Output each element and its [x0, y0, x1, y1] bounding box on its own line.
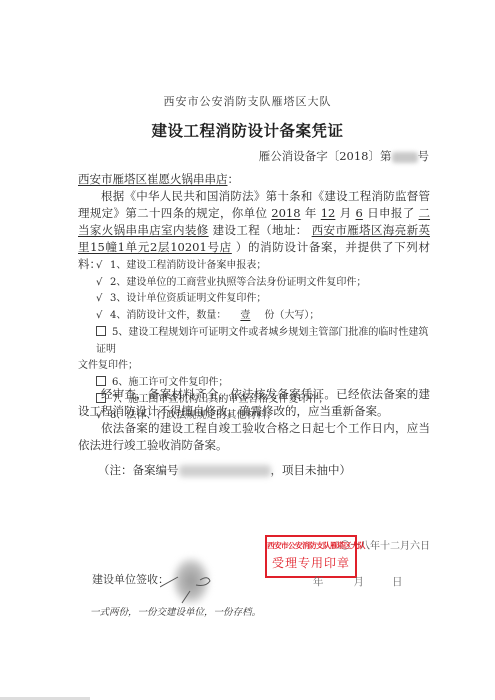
- material-text: 1、建设工程消防设计备案申报表；: [110, 260, 266, 271]
- note-suffix: ，项目未抽中）: [271, 463, 352, 477]
- seal-purpose: 受理专用印章: [267, 554, 355, 571]
- unchecked-box-icon: [96, 326, 106, 336]
- document-title: 建设工程消防设计备案凭证: [0, 119, 495, 141]
- unchecked-box-icon: [96, 376, 106, 386]
- recipient: 西安市雁塔区崔愿火锅串串店：: [78, 171, 239, 187]
- signature-label: 建设单位签收：: [92, 571, 169, 587]
- recipient-name: 西安市雁塔区崔愿火锅串串店: [78, 172, 228, 186]
- signature-stroke-icon: [160, 575, 220, 605]
- filing-day: 6: [352, 206, 367, 220]
- doc-number-prefix: 雁公消设备字〔2018〕第: [259, 149, 392, 163]
- filing-month: 12: [317, 206, 340, 220]
- check-icon: √: [96, 258, 110, 275]
- material-text: 3、设计单位资质证明文件复印件；: [110, 293, 266, 304]
- document-number: 雁公消设备字〔2018〕第号: [259, 148, 429, 164]
- note-prefix: （注：备案编号: [98, 463, 179, 477]
- issuing-agency: 西安市公安消防支队雁塔区大队: [0, 93, 495, 109]
- doc-number-suffix: 号: [418, 149, 430, 163]
- footer-note: 一式两份，一份交建设单位，一份存档。: [90, 604, 261, 618]
- filing-year: 2018: [267, 206, 304, 220]
- sign-month-label: 月: [354, 574, 365, 589]
- material-text-suffix: 份（大写）；: [264, 310, 319, 321]
- seal-agency: 西安市公安消防支队雁塔区大队: [267, 540, 355, 551]
- check-icon: √: [96, 291, 110, 308]
- material-item: √4、消防设计文件，数量：壹份（大写）；: [78, 308, 430, 325]
- check-icon: √: [96, 308, 110, 325]
- recipient-colon: ：: [228, 172, 240, 186]
- sign-day-label: 日: [392, 574, 403, 589]
- material-item: √3、设计单位资质证明文件复印件；: [78, 291, 430, 308]
- redacted-filing-number: [179, 465, 271, 477]
- signature-date: 年月日: [313, 574, 403, 589]
- design-doc-quantity: 壹: [226, 310, 264, 321]
- p1-text-b: 建设工程（地址：: [213, 223, 308, 237]
- material-item: 5、建设工程规划许可证明文件或者城乡规划主管部门批准的临时性建筑证明文件复印件；: [78, 325, 430, 375]
- official-seal: 西安市公安消防支队雁塔区大队 受理专用印章: [265, 535, 357, 578]
- material-text: 2、建设单位的工商营业执照等合法身份证明文件复印件；: [110, 277, 366, 288]
- year-label: 年: [305, 206, 317, 220]
- paragraph-review: 经审查，备案材料齐全，依法核发备案凭证。已经依法备案的建设工程消防设计不得擅自修…: [78, 386, 430, 420]
- material-item: √2、建设单位的工商营业执照等合法身份证明文件复印件；: [78, 275, 430, 292]
- sign-year-label: 年: [313, 574, 324, 589]
- redacted-number: [392, 152, 418, 163]
- note: （注：备案编号，项目未抽中）: [98, 462, 351, 478]
- paragraph-completion: 依法备案的建设工程自竣工验收合格之日起七个工作日内，应当依法进行竣工验收消防备案…: [78, 420, 430, 454]
- check-icon: √: [96, 275, 110, 292]
- day-label: 日申报了: [367, 206, 415, 220]
- material-text: 4、消防设计文件，数量：: [110, 310, 226, 321]
- material-item: √1、建设工程消防设计备案申报表；: [78, 258, 430, 275]
- material-text-continued: 文件复印件；: [78, 358, 430, 375]
- material-text: 5、建设工程规划许可证明文件或者城乡规划主管部门批准的临时性建筑证明: [96, 327, 428, 355]
- month-label: 月: [339, 206, 351, 220]
